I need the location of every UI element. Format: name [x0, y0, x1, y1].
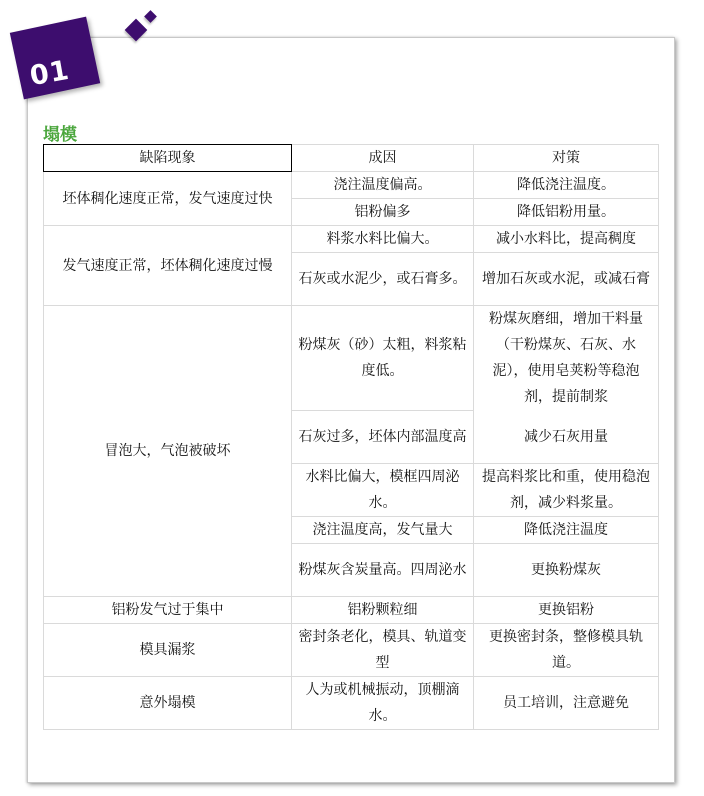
defect-cell: 模具漏浆 [44, 624, 292, 677]
section-title: 塌模 [43, 120, 77, 145]
header-defect: 缺陷现象 [44, 145, 292, 172]
cause-cell: 浇注温度偏高。 [292, 172, 474, 199]
table-row: 意外塌模 人为或机械振动，顶棚滴水。 员工培训，注意避免 [44, 677, 659, 730]
table-row: 发气速度正常，坯体稠化速度过慢 料浆水料比偏大。 减小水料比，提高稠度 [44, 226, 659, 253]
cause-cell: 人为或机械振动，顶棚滴水。 [292, 677, 474, 730]
cause-cell: 石灰或水泥少，或石膏多。 [292, 253, 474, 306]
remedy-cell: 员工培训，注意避免 [474, 677, 659, 730]
remedy-cell: 降低铝粉用量。 [474, 199, 659, 226]
table-row: 坯体稠化速度正常，发气速度过快 浇注温度偏高。 降低浇注温度。 [44, 172, 659, 199]
remedy-cell: 提高料浆比和重，使用稳泡剂，减少料浆量。 [474, 464, 659, 517]
small-diamond-decoration-icon [144, 10, 157, 23]
cause-cell: 石灰过多，坯体内部温度高 [292, 411, 474, 464]
header-cause: 成因 [292, 145, 474, 172]
header-remedy: 对策 [474, 145, 659, 172]
remedy-cell: 降低浇注温度。 [474, 172, 659, 199]
remedy-cell: 更换粉煤灰 [474, 544, 659, 597]
remedy-cell: 降低浇注温度 [474, 517, 659, 544]
cause-cell: 粉煤灰（砂）太粗，料浆粘度低。 [292, 306, 474, 411]
remedy-cell: 粉煤灰磨细，增加干料量（干粉煤灰、石灰、水泥），使用皂荚粉等稳泡剂，提前制浆 [474, 306, 659, 411]
remedy-cell: 增加石灰或水泥，或减石膏 [474, 253, 659, 306]
remedy-cell: 减少石灰用量 [474, 411, 659, 464]
defect-cell: 冒泡大，气泡被破坏 [44, 306, 292, 597]
table-header-row: 缺陷现象 成因 对策 [44, 145, 659, 172]
cause-cell: 铝粉颗粒细 [292, 597, 474, 624]
remedy-cell: 更换密封条，整修模具轨道。 [474, 624, 659, 677]
remedy-cell: 更换铝粉 [474, 597, 659, 624]
cause-cell: 粉煤灰含炭量高。四周泌水 [292, 544, 474, 597]
cause-cell: 密封条老化，模具、轨道变型 [292, 624, 474, 677]
cause-cell: 料浆水料比偏大。 [292, 226, 474, 253]
table-row: 模具漏浆 密封条老化，模具、轨道变型 更换密封条，整修模具轨道。 [44, 624, 659, 677]
remedy-cell: 减小水料比，提高稠度 [474, 226, 659, 253]
cause-cell: 浇注温度高，发气量大 [292, 517, 474, 544]
defect-cell: 铝粉发气过于集中 [44, 597, 292, 624]
defect-table: 缺陷现象 成因 对策 坯体稠化速度正常，发气速度过快 浇注温度偏高。 降低浇注温… [43, 144, 659, 730]
table-row: 冒泡大，气泡被破坏 粉煤灰（砂）太粗，料浆粘度低。 粉煤灰磨细，增加干料量（干粉… [44, 306, 659, 411]
defect-cell: 坯体稠化速度正常，发气速度过快 [44, 172, 292, 226]
table-row: 铝粉发气过于集中 铝粉颗粒细 更换铝粉 [44, 597, 659, 624]
cause-cell: 水料比偏大，模框四周泌水。 [292, 464, 474, 517]
defect-cell: 发气速度正常，坯体稠化速度过慢 [44, 226, 292, 306]
defect-cell: 意外塌模 [44, 677, 292, 730]
cause-cell: 铝粉偏多 [292, 199, 474, 226]
